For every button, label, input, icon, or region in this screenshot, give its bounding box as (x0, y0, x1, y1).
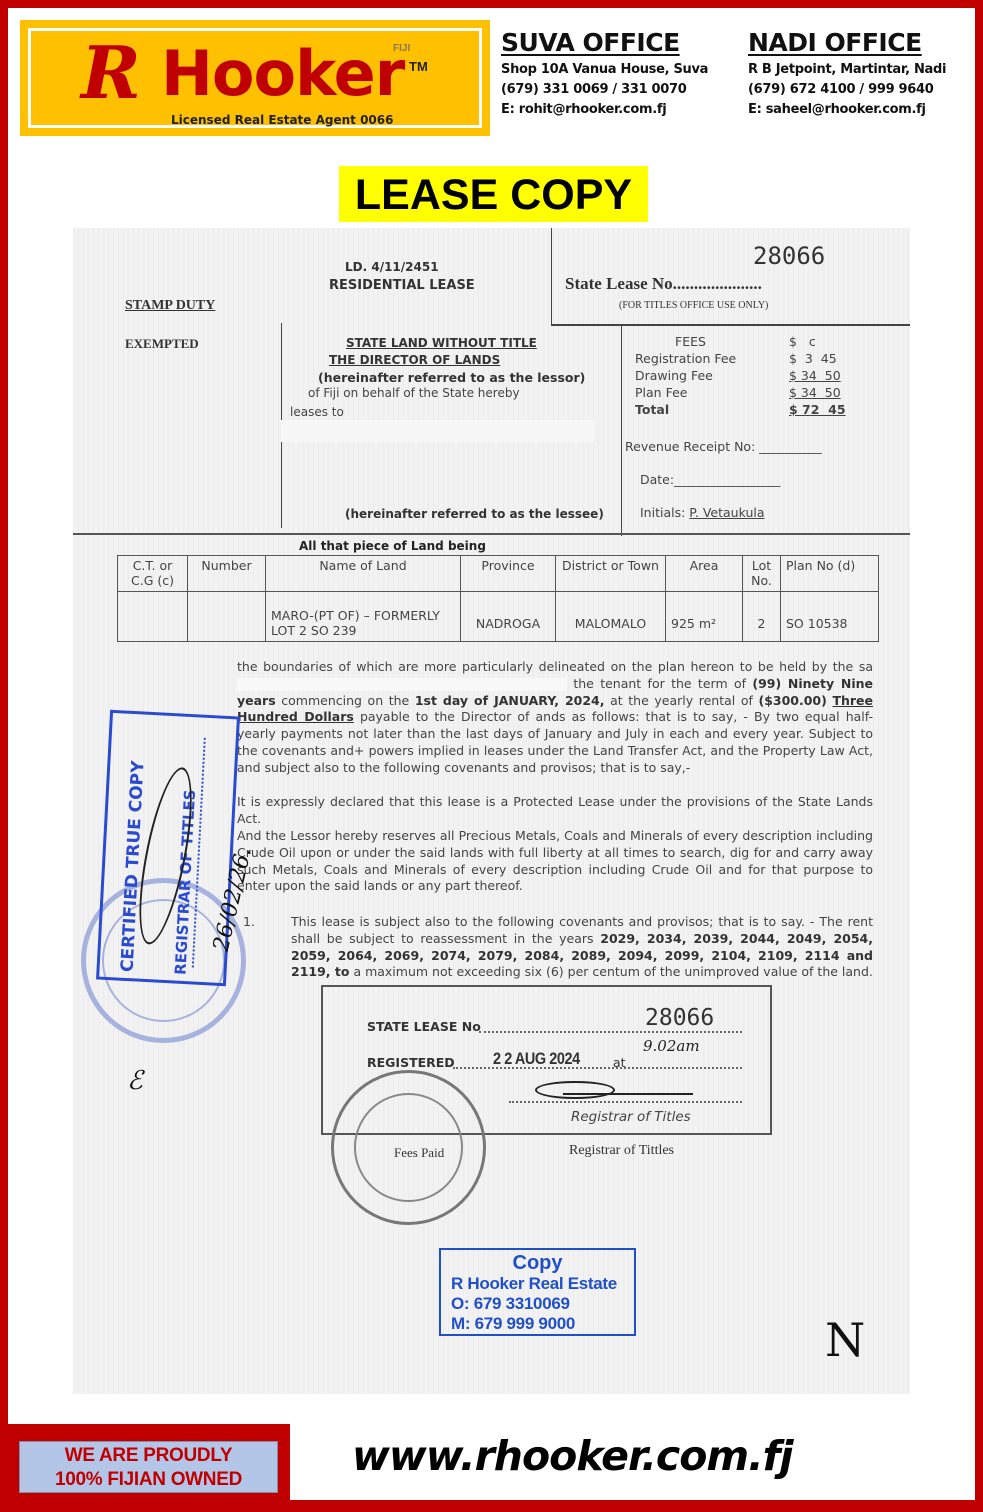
date-field: Date:_________________ (640, 472, 780, 487)
initials-scribble: ℰ (127, 1066, 143, 1096)
clause-text: the tenant for the term of (567, 676, 752, 691)
logo-trademark: TM (409, 59, 428, 74)
clause-text: commencing on the (276, 693, 415, 708)
cell-district: MALOMALO (556, 592, 666, 642)
fee-amount: $ 34 50 (789, 368, 845, 385)
lessor-note: (hereinafter referred to as the lessor) (318, 370, 585, 385)
fee-label: Registration Fee (635, 351, 736, 368)
table-row: MARO-(PT OF) – FORMERLY LOT 2 SO 239 NAD… (118, 592, 879, 642)
state-lease-label: State Lease No..................... (565, 274, 762, 294)
copy-stamp: Copy R Hooker Real Estate O: 679 3310069… (439, 1248, 636, 1336)
redacted-text (237, 678, 567, 691)
fee-label: Plan Fee (635, 385, 687, 402)
office-email: E: saheel@rhooker.com.fj (748, 102, 946, 117)
registrar-signature (535, 1081, 615, 1099)
at-label: at (613, 1055, 626, 1070)
redacted-lessee-name (281, 420, 594, 442)
fees-table: FEES $ c Registration Fee $ 3 45 Drawing… (635, 334, 845, 419)
nadi-office: NADI OFFICE R B Jetpoint, Martintar, Nad… (748, 28, 946, 117)
certified-date: 26/02/26. (209, 845, 257, 954)
dotted-line (509, 1101, 742, 1103)
registrar-typed-label: Registrar of Tittles (569, 1143, 674, 1159)
cell-area: 925 m² (666, 592, 743, 642)
fees-header: FEES (635, 334, 706, 351)
titles-office-note: (FOR TITLES OFFICE USE ONLY) (619, 300, 768, 311)
registration-lease-number: 28066 (645, 1005, 714, 1031)
handwritten-page-mark: N (825, 1313, 865, 1367)
column-header: Name of Land (266, 556, 461, 592)
leases-to-text: leases to (290, 405, 344, 419)
cell-name-of-land: MARO-(PT OF) – FORMERLY LOT 2 SO 239 (266, 592, 461, 642)
logo-mark: R (81, 37, 141, 109)
registration-lease-label: STATE LEASE No (367, 1019, 481, 1034)
office-address: Shop 10A Vanua House, Suva (501, 62, 708, 77)
page-title: LEASE COPY (339, 166, 648, 222)
dotted-line (479, 1031, 742, 1033)
copy-stamp-office: O: 679 3310069 (451, 1294, 624, 1314)
office-phone: (679) 672 4100 / 999 9640 (748, 82, 946, 97)
fee-label: Drawing Fee (635, 368, 713, 385)
fijian-owned-badge: WE ARE PROUDLY 100% FIJIAN OWNED (19, 1441, 278, 1493)
copy-stamp-title: Copy (451, 1252, 624, 1274)
copy-stamp-company: R Hooker Real Estate (451, 1274, 624, 1294)
land-heading: All that piece of Land being (299, 539, 486, 553)
lease-start-date: 1st day of JANUARY, 2024, (415, 693, 605, 708)
land-table: C.T. or C.G (c) Number Name of Land Prov… (117, 555, 879, 642)
column-header: District or Town (556, 556, 666, 592)
lessee-note: (hereinafter referred to as the lessee) (345, 507, 604, 521)
office-title: SUVA OFFICE (501, 28, 708, 57)
clause-text: at the yearly rental of (604, 693, 758, 708)
fees-header-amount: $ c (789, 334, 845, 351)
cell-lot-no: 2 (743, 592, 781, 642)
fee-amount: $ 3 45 (789, 351, 845, 368)
office-address: R B Jetpoint, Martintar, Nadi (748, 62, 946, 77)
registered-label: REGISTERED (367, 1055, 455, 1070)
badge-line: WE ARE PROUDLY (20, 1444, 277, 1468)
signature-line (563, 1093, 693, 1095)
fee-total-label: Total (635, 402, 669, 419)
registrar-label: Registrar of Titles (571, 1109, 691, 1125)
cell-plan-no: SO 10538 (781, 592, 879, 642)
certified-true-copy-stamp: CERTIFIED TRUE COPY REGISTRAR OF TITLES … (96, 710, 240, 986)
stamp-duty-label: STAMP DUTY (125, 298, 215, 314)
column-header: Plan No (d) (781, 556, 879, 592)
lease-type: RESIDENTIAL LEASE (329, 278, 475, 293)
cell-ct (118, 592, 188, 642)
initials-value: P. Vetaukula (689, 505, 764, 520)
clause-protected-lease: It is expressly declared that this lease… (237, 794, 873, 828)
seal-text: Fees Paid (394, 1145, 444, 1161)
ld-number: LD. 4/11/2451 (345, 260, 439, 274)
column-header: Number (188, 556, 266, 592)
license-text: Licensed Real Estate Agent 0066 (171, 113, 393, 127)
office-title: NADI OFFICE (748, 28, 946, 57)
revenue-receipt: Revenue Receipt No: __________ (625, 439, 822, 454)
column-header: Province (461, 556, 556, 592)
office-phone: (679) 331 0069 / 331 0070 (501, 82, 708, 97)
logo-fiji-tag: FIJI (393, 43, 410, 54)
initials: Initials: P. Vetaukula (640, 505, 765, 520)
registered-time: 9.02am (643, 1037, 700, 1055)
clause-term: the boundaries of which are more particu… (237, 659, 873, 777)
fee-amount: $ 34 50 (789, 385, 845, 402)
registrar-seal: Fees Paid (331, 1070, 486, 1225)
logo-name: Hooker (161, 43, 404, 105)
clause-reassessment: This lease is subject also to the follow… (291, 914, 873, 981)
of-fiji-text: of Fiji on behalf of the State hereby (308, 386, 520, 400)
initials-label: Initials: (640, 505, 689, 520)
office-email: E: rohit@rhooker.com.fj (501, 102, 708, 117)
column-header: Area (666, 556, 743, 592)
suva-office: SUVA OFFICE Shop 10A Vanua House, Suva (… (501, 28, 708, 117)
cell-number (188, 592, 266, 642)
clause-text: the boundaries of which are more particu… (237, 659, 873, 674)
copy-stamp-mobile: M: 679 999 9000 (451, 1314, 624, 1334)
website-link[interactable]: www.rhooker.com.fj (352, 1432, 793, 1480)
fee-total-amount: $ 72 45 (789, 402, 845, 419)
divider (73, 533, 910, 535)
cell-province: NADROGA (461, 592, 556, 642)
brand-logo: R Hooker FIJI TM Licensed Real Estate Ag… (20, 20, 490, 136)
clause-number: 1. (243, 914, 255, 929)
scanned-lease-document: STAMP DUTY EXEMPTED LD. 4/11/2451 RESIDE… (73, 228, 910, 1394)
state-land-heading: STATE LAND WITHOUT TITLE (346, 336, 537, 350)
registered-date: 2 2 AUG 2024 (493, 1049, 580, 1069)
badge-line: 100% FIJIAN OWNED (20, 1468, 277, 1492)
column-header: C.T. or C.G (c) (118, 556, 188, 592)
exempted-label: EXEMPTED (125, 336, 199, 352)
divider (621, 326, 622, 536)
director-heading: THE DIRECTOR OF LANDS (329, 353, 500, 367)
table-header-row: C.T. or C.G (c) Number Name of Land Prov… (118, 556, 879, 592)
clause-text: a maximum not exceeding six (6) per cent… (349, 964, 872, 979)
clause-minerals: And the Lessor hereby reserves all Preci… (237, 828, 873, 895)
yearly-rent: ($300.00) (758, 693, 826, 708)
state-lease-number: 28066 (753, 242, 825, 270)
column-header: Lot No. (743, 556, 781, 592)
